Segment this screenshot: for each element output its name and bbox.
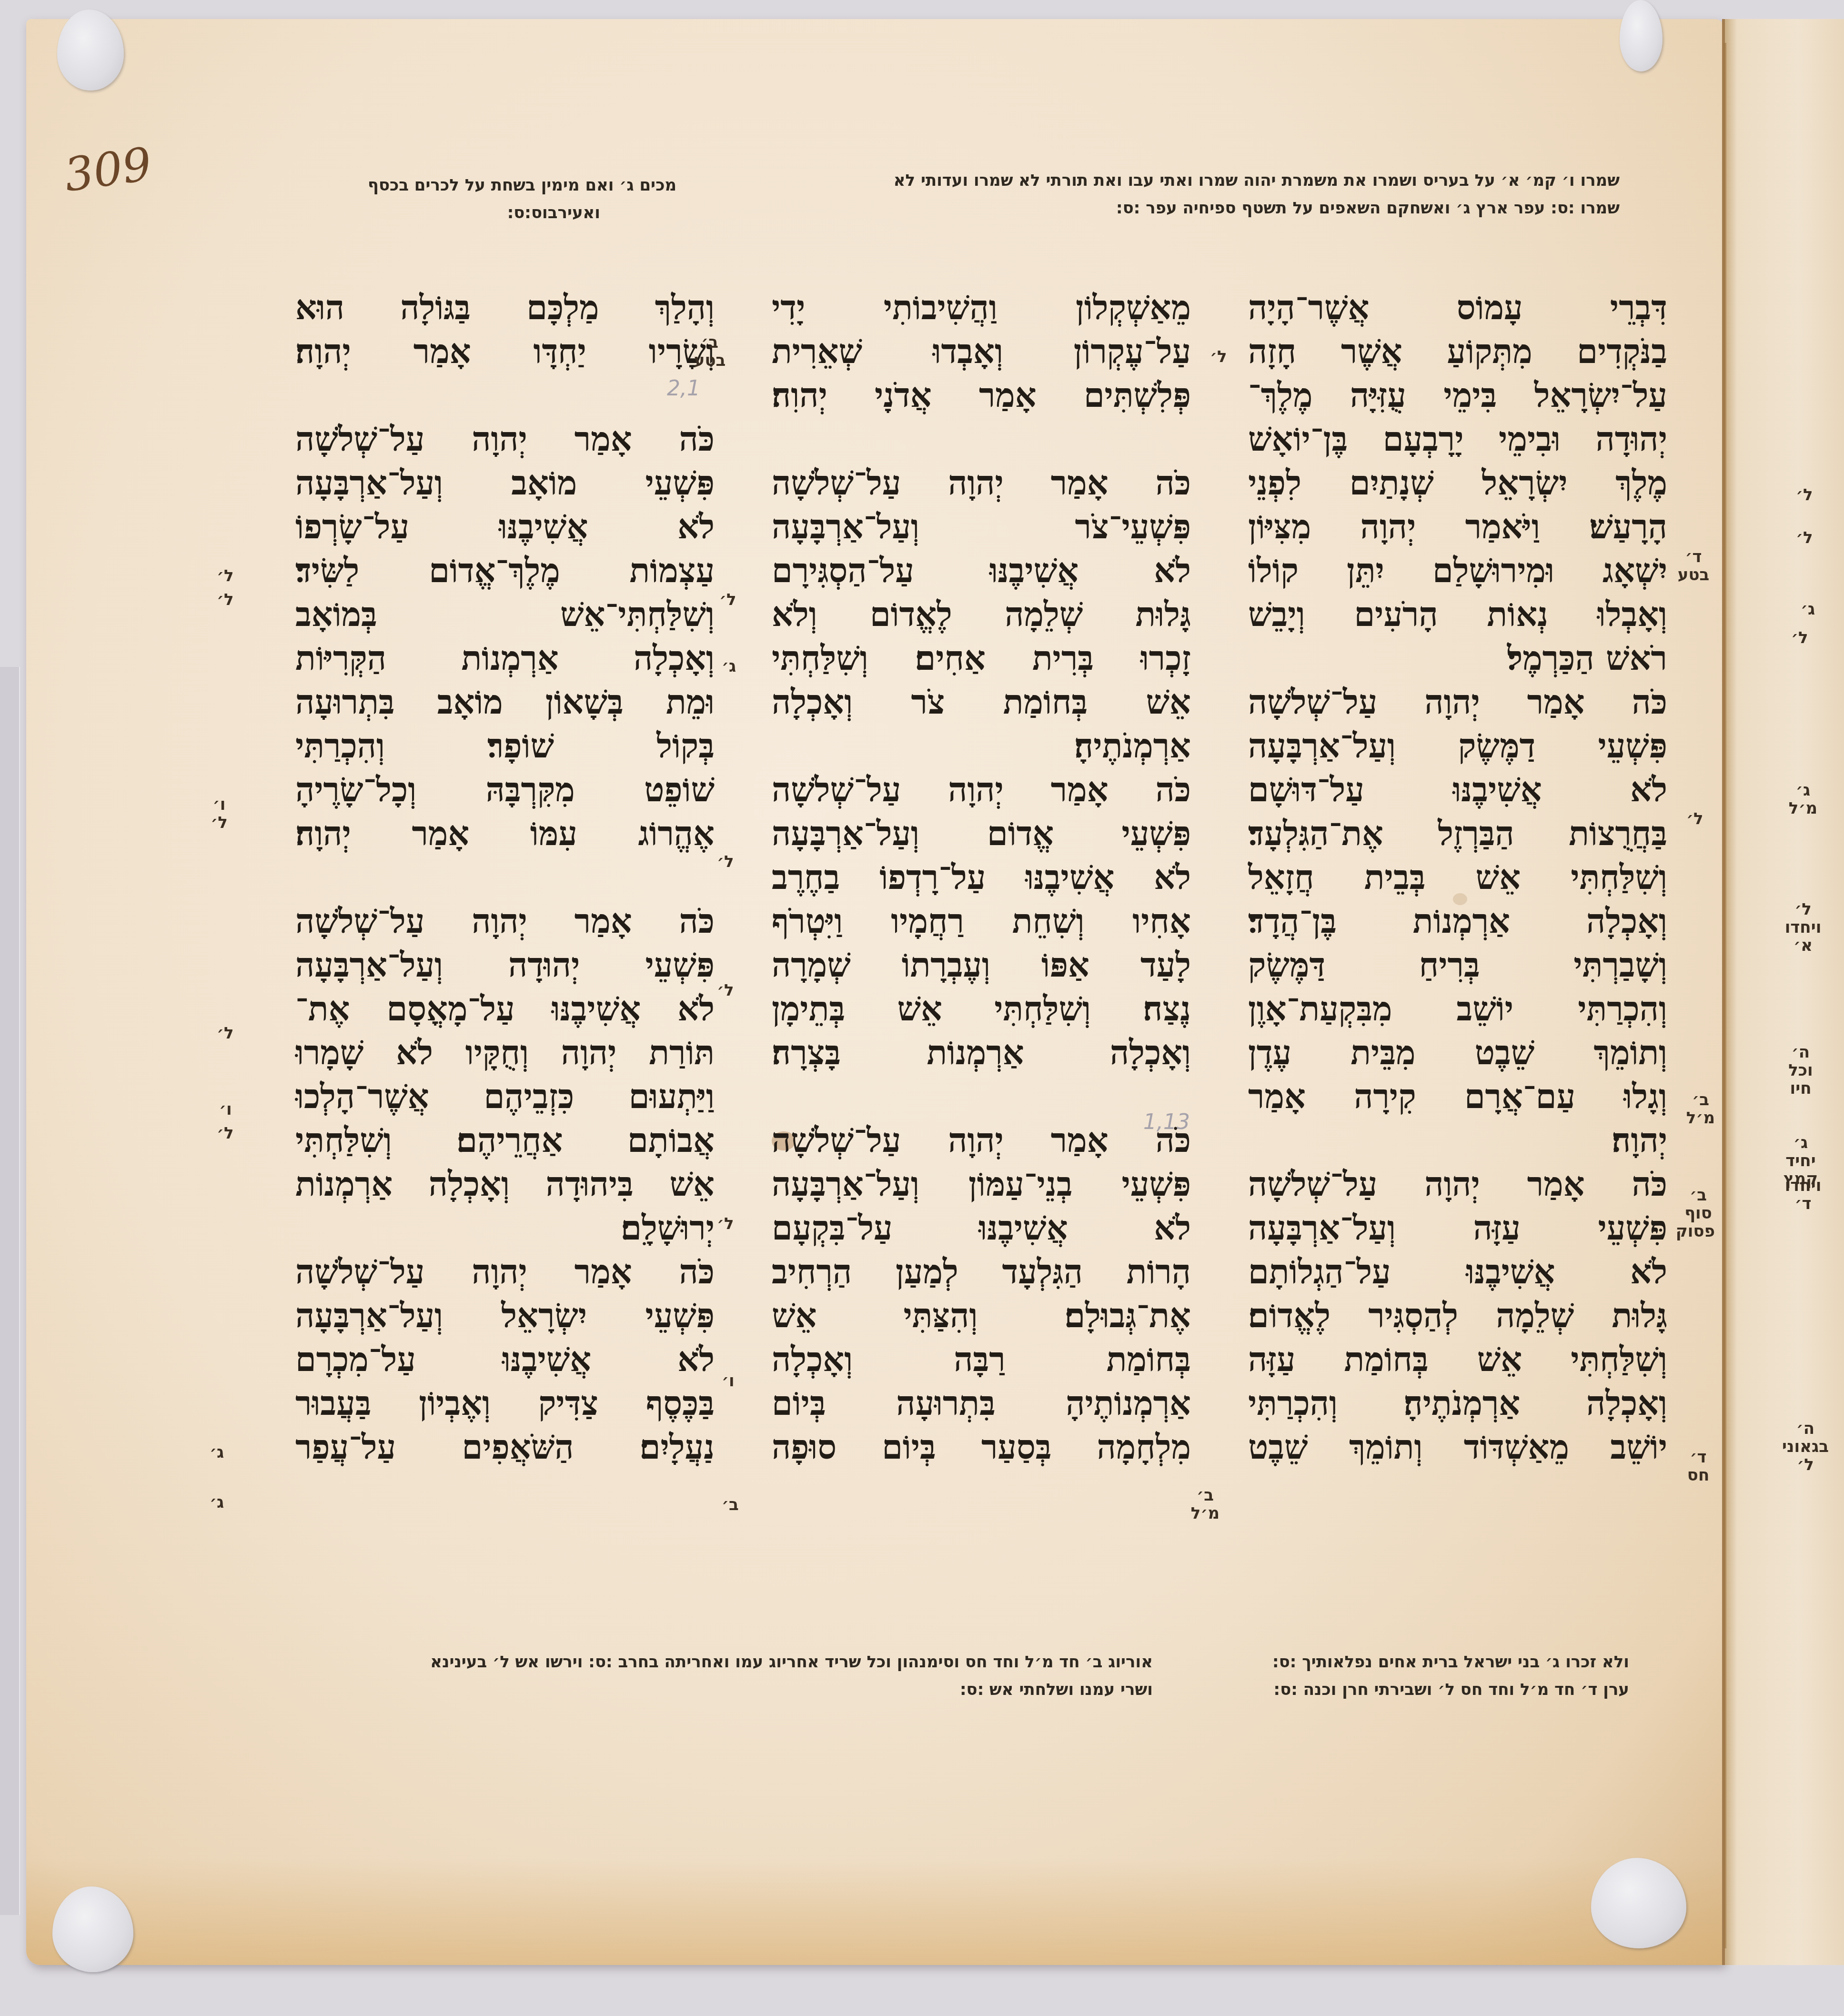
text-line: לֹא אֲשִׁיבֶנּוּ עַל־הַסְגִּירָם — [772, 549, 1191, 593]
text-line: פִּשְׁעֵי עַזָּה וְעַל־אַרְבָּעָה — [1248, 1206, 1667, 1250]
masorah-parva-note: ל׳ — [1791, 629, 1808, 647]
text-line: אֶת־גְּבוּלָם׃ וְהִצַּתִּי אֵשׁ — [772, 1294, 1191, 1338]
text-line: פְּלִשְׁתִּים אָמַר אֲדֹנָי יְהוִה׃ — [772, 373, 1191, 417]
text-line: בַּכֶּסֶף צַדִּיק וְאֶבְיוֹן בַּעֲבוּר — [295, 1381, 715, 1425]
text-line: פִּשְׁעֵי יִשְׂרָאֵל וְעַל־אַרְבָּעָה — [295, 1294, 715, 1338]
masorah-parva-note: ג׳ — [1801, 600, 1815, 618]
text-column-left: וְהָלַךְ מַלְכָּם בַּגּוֹלָה הוּא וְשָׂר… — [295, 286, 715, 1469]
paragraph-gap — [772, 1075, 1191, 1119]
masorah-magna-top-left: מכים ג׳ ואם מימין בשחת על לכרים בכסף ואע… — [286, 171, 676, 227]
text-column-right: דִּבְרֵי עָמוֹס אֲשֶׁר־הָיָה בַנֹּקְדִים… — [1248, 286, 1667, 1469]
text-line: דִּבְרֵי עָמוֹס אֲשֶׁר־הָיָה — [1248, 286, 1667, 330]
text-line: כֹּה אָמַר יְהוָה עַל־שְׁלֹשָׁה — [1248, 680, 1667, 724]
text-line: אֶהֱרוֹג עִמּוֹ אָמַר יְהוָה׃ — [295, 812, 715, 856]
masorah-parva-note: ג׳ — [210, 1493, 224, 1512]
masorah-line: ושרי עמנו ושלחתי אש :ס: — [305, 1676, 1153, 1704]
text-line: יְרוּשָׁלִָם׃ — [295, 1206, 715, 1250]
text-line: בְּחוֹמַת רַבָּה וְאָכְלָה — [772, 1338, 1191, 1381]
text-line: יְהוּדָה וּבִימֵי יָרָבְעָם בֶּן־יוֹאָשׁ — [1248, 417, 1667, 461]
text-line: וְהִכְרַתִּי יוֹשֵׁב מִבִּקְעַת־אָוֶן — [1248, 987, 1667, 1031]
text-line: עַצְמוֹת מֶלֶךְ־אֱדוֹם לַשִּׂיד׃ — [295, 549, 715, 593]
masorah-parva-note: ויחדו ד׳ — [1784, 1177, 1822, 1213]
text-line: רֹאשׁ הַכַּרְמֶל׃ — [1248, 636, 1667, 680]
text-column-middle: מֵאַשְׁקְלוֹן וַהֲשִׁיבוֹתִי יָדִי עַל־ע… — [772, 286, 1191, 1469]
text-line: וְאָכְלָה אַרְמְנוֹת בֶּן־הֲדָד׃ — [1248, 899, 1667, 943]
masorah-line: מכים ג׳ ואם מימין בשחת על לכרים בכסף — [286, 171, 676, 199]
text-line: וּמֵת בְּשָׁאוֹן מוֹאָב בִּתְרוּעָה — [295, 680, 715, 724]
masorah-magna-bottom-right: ולא זכרו ג׳ בני ישראל ברית אחים נפלאותיך… — [1219, 1648, 1629, 1704]
masorah-parva-note: ל׳ — [717, 981, 734, 999]
text-line: עַל־יִשְׂרָאֵל בִּימֵי עֻזִּיָּה מֶלֶךְ־ — [1248, 373, 1667, 417]
text-line: לֹא אֲשִׁיבֶנּוּ עַל־שָׂרְפוֹ — [295, 505, 715, 549]
text-line: לֹא אֲשִׁיבֶנּוּ עַל־מָאֳסָם אֶת־ — [295, 987, 715, 1031]
masorah-magna-bottom-left: אוריוג ב׳ חד מ׳ל וחד חס וסימנהון וכל שרי… — [305, 1648, 1153, 1704]
text-line: וְאָכְלָה אַרְמְנוֹת בָּצְרָה׃ — [772, 1031, 1191, 1075]
text-line: אָחִיו וְשִׁחֵת רַחֲמָיו וַיִּטְרֹף — [772, 899, 1191, 943]
masorah-parva-note: ב׳ — [722, 1496, 739, 1514]
text-line: עַל־עֶקְרוֹן וְאָבְדוּ שְׁאֵרִית — [772, 330, 1191, 373]
text-line: שׁוֹפֵט מִקִּרְבָּהּ וְכָל־שָׂרֶיהָ — [295, 768, 715, 812]
text-line: הָרָעַשׁ׃ וַיֹּאמַר יְהוָה מִצִּיּוֹן — [1248, 505, 1667, 549]
text-line: כֹּה אָמַר יְהוָה עַל־שְׁלֹשָׁה — [772, 461, 1191, 505]
text-line: זָכְרוּ בְּרִית אַחִים׃ וְשִׁלַּחְתִּי — [772, 636, 1191, 680]
masorah-parva-note: ל׳ — [1796, 486, 1813, 504]
text-line: וְשָׁבַרְתִּי בְּרִיחַ דַּמֶּשֶׂק — [1248, 943, 1667, 987]
paragraph-gap — [772, 417, 1191, 461]
text-line: כֹּה אָמַר יְהוָה עַל־שְׁלֹשָׁה — [1248, 1162, 1667, 1206]
text-line: פִּשְׁעֵי אֱדוֹם וְעַל־אַרְבָּעָה — [772, 812, 1191, 856]
text-line: לֹא אֲשִׁיבֶנּוּ עַל־הַגְלוֹתָם — [1248, 1250, 1667, 1294]
text-line: כֹּה אָמַר יְהוָה עַל־שְׁלֹשָׁה — [295, 1250, 715, 1294]
text-line: אַרְמְנוֹתֶיהָ בִּתְרוּעָה בְּיוֹם — [772, 1381, 1191, 1425]
masorah-parva-note: ל׳ — [1796, 529, 1813, 547]
paragraph-gap — [295, 856, 715, 899]
text-line: וְהָלַךְ מַלְכָּם בַּגּוֹלָה הוּא — [295, 286, 715, 330]
text-line: אֵשׁ בִּיהוּדָה וְאָכְלָה אַרְמְנוֹת — [295, 1162, 715, 1206]
text-line: וַיַּתְעוּם כִּזְבֵיהֶם אֲשֶׁר־הָלְכוּ — [295, 1075, 715, 1119]
masorah-line: שמרו ו׳ קמ׳ א׳ על בעריס ושמרו את משמרת י… — [800, 167, 1620, 194]
masorah-parva-note: ל׳ — [1210, 348, 1227, 366]
masorah-parva-note: ל׳ — [217, 1024, 234, 1042]
masorah-parva-note: ב׳ סוף פסוק — [1682, 1186, 1715, 1240]
masorah-parva-note: ו׳ ל׳ — [205, 796, 233, 832]
masorah-line: ולא זכרו ג׳ בני ישראל ברית אחים נפלאותיך… — [1219, 1648, 1629, 1676]
text-line: מִלְחָמָה בְּסַעַר בְּיוֹם סוּפָה — [772, 1425, 1191, 1469]
text-line: לָעַד אַפּוֹ וְעֶבְרָתוֹ שְׁמָרָה — [772, 943, 1191, 987]
text-line: כֹּה אָמַר יְהוָה עַל־שְׁלֹשָׁה — [772, 1119, 1191, 1162]
text-line: מֶלֶךְ יִשְׂרָאֵל שְׁנָתַיִם לִפְנֵי — [1248, 461, 1667, 505]
masorah-parva-note: ל׳ — [717, 853, 734, 871]
masorah-parva-note: ו׳ — [219, 1100, 232, 1119]
text-line: נַעֲלָיִם׃ הַשֹּׁאֲפִים עַל־עֲפַר — [295, 1425, 715, 1469]
masorah-parva-note: ל׳ — [717, 1215, 734, 1233]
parchment-bottom-stain — [26, 1858, 1724, 1965]
text-line: וְאָבְלוּ נְאוֹת הָרֹעִים וְיָבֵשׁ — [1248, 593, 1667, 636]
text-line: בַּחֲרֻצוֹת הַבַּרְזֶל אֶת־הַגִּלְעָד׃ — [1248, 812, 1667, 856]
masorah-parva-note: ג׳ — [722, 657, 736, 675]
masorah-parva-note: ג׳ — [210, 1443, 224, 1462]
masorah-line: ערן ד׳ חד מ׳ל וחד חס ל׳ ושבירתי חרן וכנה… — [1219, 1676, 1629, 1704]
text-line: תּוֹרַת יְהוָה וְחֻקָּיו לֹא שָׁמָרוּ — [295, 1031, 715, 1075]
masorah-parva-note: ל׳ ויחדו א׳ — [1782, 900, 1824, 955]
masorah-magna-top-right: שמרו ו׳ קמ׳ א׳ על בעריס ושמרו את משמרת י… — [800, 167, 1620, 222]
masorah-parva-note: ה׳ וכל חיו — [1782, 1043, 1820, 1098]
masorah-parva-note: ג׳ מ׳ל — [1784, 781, 1822, 817]
masorah-parva-note: ב׳ מ׳ל — [1191, 1486, 1219, 1522]
masorah-parva-note: ל׳ — [1686, 810, 1703, 828]
corner-mount-top-right — [1620, 0, 1663, 71]
text-line: גָּלוּת שְׁלֵמָה לֶאֱדוֹם וְלֹא — [772, 593, 1191, 636]
text-line: לֹא אֲשִׁיבֶנּוּ עַל־מִכְרָם — [295, 1338, 715, 1381]
paragraph-gap — [295, 373, 715, 417]
text-line: לֹא אֲשִׁיבֶנּוּ עַל־רָדְפוֹ בַחֶרֶב — [772, 856, 1191, 899]
text-line: פִּשְׁעֵי בְנֵי־עַמּוֹן וְעַל־אַרְבָּעָה — [772, 1162, 1191, 1206]
masorah-line: ואעירבוס:ס: — [286, 199, 676, 227]
masorah-line: שמרו :ס: עפר ארץ ג׳ ואשחקם השאפים על תשט… — [800, 194, 1620, 222]
text-line: כֹּה אָמַר יְהוָה עַל־שְׁלֹשָׁה — [295, 417, 715, 461]
text-line: כֹּה אָמַר יְהוָה עַל־שְׁלֹשָׁה — [295, 899, 715, 943]
text-line: אַרְמְנֹתֶיהָ׃ — [772, 724, 1191, 768]
text-line: וְאָכְלָה אַרְמְנֹתֶיהָ׃ וְהִכְרַתִּי — [1248, 1381, 1667, 1425]
adjacent-leaf-edge — [1722, 19, 1844, 1965]
text-line: גָּלוּת שְׁלֵמָה לְהַסְגִּיר לֶאֱדוֹם׃ — [1248, 1294, 1667, 1338]
masorah-parva-note: ב׳ מ׳ל — [1686, 1091, 1715, 1127]
masorah-parva-note: ו׳ — [722, 1372, 735, 1390]
text-line: וְאָכְלָה אַרְמְנוֹת הַקְּרִיּוֹת — [295, 636, 715, 680]
backing-board-edge — [0, 667, 20, 1915]
text-line: וְשִׁלַּחְתִּי אֵשׁ בְּחוֹמַת עַזָּה — [1248, 1338, 1667, 1381]
text-line: מֵאַשְׁקְלוֹן וַהֲשִׁיבוֹתִי יָדִי — [772, 286, 1191, 330]
masorah-parva-note: ב׳ בטע — [691, 333, 729, 370]
text-line: פִּשְׁעֵי יְהוּדָה וְעַל־אַרְבָּעָה — [295, 943, 715, 987]
text-line: וְשִׁלַּחְתִּי־אֵשׁ בְּמוֹאָב — [295, 593, 715, 636]
text-line: פִּשְׁעֵי־צֹר וְעַל־אַרְבָּעָה — [772, 505, 1191, 549]
text-line: הָרוֹת הַגִּלְעָד לְמַעַן הַרְחִיב — [772, 1250, 1191, 1294]
masorah-line: אוריוג ב׳ חד מ׳ל וחד חס וסימנהון וכל שרי… — [305, 1648, 1153, 1676]
text-line: לֹא אֲשִׁיבֶנּוּ עַל־דּוּשָׁם — [1248, 768, 1667, 812]
masorah-parva-note: ל׳ — [719, 591, 736, 609]
masorah-parva-note: ד׳ בטע — [1677, 548, 1710, 584]
text-line: נֶצַח׃ וְשִׁלַּחְתִּי אֵשׁ בְּתֵימָן — [772, 987, 1191, 1031]
masorah-parva-note: ל׳ — [217, 591, 234, 609]
masorah-parva-note: ה׳ בגאוני ל׳ — [1779, 1420, 1832, 1474]
text-line: יִשְׁאָג וּמִירוּשָׁלַם יִתֵּן קוֹלוֹ — [1248, 549, 1667, 593]
text-line: בַנֹּקְדִים מִתְּקוֹעַ אֲשֶׁר חָזָה — [1248, 330, 1667, 373]
text-line: וְתוֹמֵךְ שֵׁבֶט מִבֵּית עֶדֶן — [1248, 1031, 1667, 1075]
text-line: וְשִׁלַּחְתִּי אֵשׁ בְּבֵית חֲזָאֵל — [1248, 856, 1667, 899]
text-line: וְשָׂרָיו יַחְדָּו אָמַר יְהוָה׃ — [295, 330, 715, 373]
text-line: בְּקוֹל שׁוֹפָר׃ וְהִכְרַתִּי — [295, 724, 715, 768]
text-line: וְגָלוּ עַם־אֲרָם קִירָה אָמַר — [1248, 1075, 1667, 1119]
text-line: פִּשְׁעֵי מוֹאָב וְעַל־אַרְבָּעָה — [295, 461, 715, 505]
text-line: אֵשׁ בְּחוֹמַת צֹר וְאָכְלָה — [772, 680, 1191, 724]
text-line: לֹא אֲשִׁיבֶנּוּ עַל־בִּקְעָם — [772, 1206, 1191, 1250]
text-line: אֲבוֹתָם אַחֲרֵיהֶם׃ וְשִׁלַּחְתִּי — [295, 1119, 715, 1162]
text-line: יוֹשֵׁב מֵאַשְׁדּוֹד וְתוֹמֵךְ שֵׁבֶט — [1248, 1425, 1667, 1469]
text-line: פִּשְׁעֵי דַמֶּשֶׂק וְעַל־אַרְבָּעָה — [1248, 724, 1667, 768]
text-line: כֹּה אָמַר יְהוָה עַל־שְׁלֹשָׁה — [772, 768, 1191, 812]
text-line: יְהוָה׃ — [1248, 1119, 1667, 1162]
masorah-parva-note: ל׳ — [217, 1124, 234, 1142]
gutter-fold — [1723, 43, 1726, 1948]
masorah-parva-note: ד׳ חס — [1684, 1448, 1713, 1484]
masorah-parva-note: ל׳ — [217, 567, 234, 585]
